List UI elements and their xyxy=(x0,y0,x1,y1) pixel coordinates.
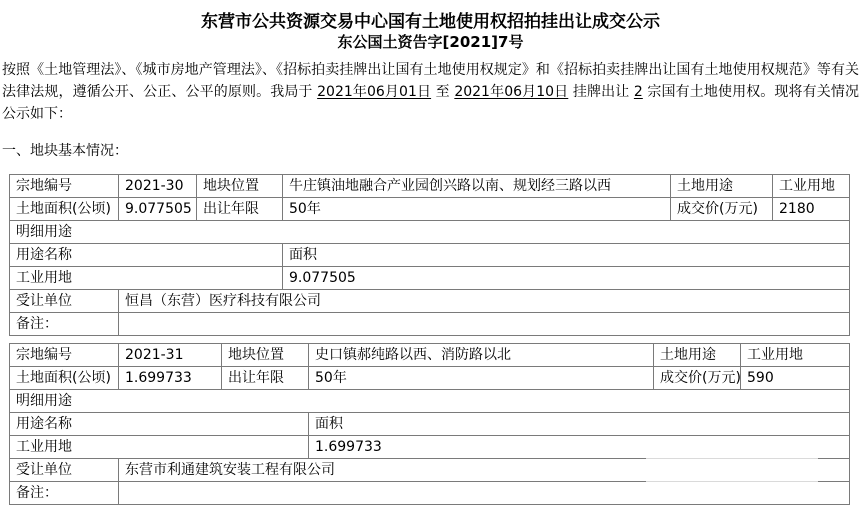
table-row: 受让单位 东营市利通建筑安装工程有限公司 xyxy=(10,459,850,482)
table-row: 备注： xyxy=(10,482,850,505)
remarks-label: 备注： xyxy=(10,482,119,505)
intro-text-2: 至 xyxy=(431,84,454,100)
price-value: 2180 xyxy=(773,198,850,221)
table-row: 用途名称 面积 xyxy=(10,244,850,267)
land-use-label: 土地用途 xyxy=(671,175,773,198)
table-row: 工业用地 9.077505 xyxy=(10,267,850,290)
location-value: 史口镇郝纯路以西、消防路以北 xyxy=(309,344,654,367)
land-use-label: 土地用途 xyxy=(654,344,741,367)
parcel-count: 2 xyxy=(634,84,643,100)
grantee-value: 东营市利通建筑安装工程有限公司 xyxy=(119,459,850,482)
land-use-value: 工业用地 xyxy=(741,344,850,367)
area-label: 土地面积(公顷) xyxy=(10,367,119,390)
table-row: 宗地编号 2021-31 地块位置 史口镇郝纯路以西、消防路以北 土地用途 工业… xyxy=(10,344,850,367)
term-label: 出让年限 xyxy=(222,367,309,390)
use-name-value: 工业用地 xyxy=(10,436,309,459)
document-number: 东公国土资告字[2021]7号 xyxy=(2,33,859,52)
table-row: 土地面积(公顷) 1.699733 出让年限 50年 成交价(万元) 590 xyxy=(10,367,850,390)
table-row: 土地面积(公顷) 9.077505 出让年限 50年 成交价(万元) 2180 xyxy=(10,198,850,221)
area-value: 1.699733 xyxy=(119,367,222,390)
intro-paragraph: 按照《土地管理法》、《城市房地产管理法》、《招标拍卖挂牌出让国有土地使用权规定》… xyxy=(2,59,859,125)
price-value: 590 xyxy=(741,367,850,390)
listing-end-date: 2021年06月10日 xyxy=(454,84,568,100)
land-use-value: 工业用地 xyxy=(773,175,850,198)
grantee-value: 恒昌（东营）医疗科技有限公司 xyxy=(119,290,850,313)
listing-start-date: 2021年06月01日 xyxy=(317,84,431,100)
section-heading: 一、地块基本情况： xyxy=(2,140,859,162)
table-row: 明细用途 xyxy=(10,390,850,413)
use-name-value: 工业用地 xyxy=(10,267,283,290)
parcel-table-1: 宗地编号 2021-30 地块位置 牛庄镇油地融合产业园创兴路以南、规划经三路以… xyxy=(9,174,850,336)
term-value: 50年 xyxy=(283,198,671,221)
table-row: 用途名称 面积 xyxy=(10,413,850,436)
term-label: 出让年限 xyxy=(197,198,283,221)
grantee-label: 受让单位 xyxy=(10,290,119,313)
detail-use-label: 明细用途 xyxy=(10,221,850,244)
grantee-label: 受让单位 xyxy=(10,459,119,482)
table-row: 明细用途 xyxy=(10,221,850,244)
page-title: 东营市公共资源交易中心国有土地使用权招拍挂出让成交公示 xyxy=(2,12,859,32)
parcel-no-value: 2021-30 xyxy=(119,175,197,198)
table-row: 备注： xyxy=(10,313,850,336)
area-value: 9.077505 xyxy=(119,198,197,221)
parcel-no-label: 宗地编号 xyxy=(10,344,119,367)
location-value: 牛庄镇油地融合产业园创兴路以南、规划经三路以西 xyxy=(283,175,671,198)
use-area-label: 面积 xyxy=(309,413,850,436)
detail-use-label: 明细用途 xyxy=(10,390,850,413)
parcel-no-value: 2021-31 xyxy=(119,344,222,367)
use-area-label: 面积 xyxy=(283,244,850,267)
term-value: 50年 xyxy=(309,367,654,390)
area-label: 土地面积(公顷) xyxy=(10,198,119,221)
price-label: 成交价(万元) xyxy=(671,198,773,221)
location-label: 地块位置 xyxy=(222,344,309,367)
location-label: 地块位置 xyxy=(197,175,283,198)
parcel-table-2: 宗地编号 2021-31 地块位置 史口镇郝纯路以西、消防路以北 土地用途 工业… xyxy=(9,343,850,505)
remarks-label: 备注： xyxy=(10,313,119,336)
table-row: 宗地编号 2021-30 地块位置 牛庄镇油地融合产业园创兴路以南、规划经三路以… xyxy=(10,175,850,198)
table-row: 工业用地 1.699733 xyxy=(10,436,850,459)
parcel-no-label: 宗地编号 xyxy=(10,175,119,198)
remarks-value xyxy=(119,313,850,336)
remarks-value xyxy=(119,482,850,505)
use-area-value: 1.699733 xyxy=(309,436,850,459)
table-row: 受让单位 恒昌（东营）医疗科技有限公司 xyxy=(10,290,850,313)
use-area-value: 9.077505 xyxy=(283,267,850,290)
price-label: 成交价(万元) xyxy=(654,367,741,390)
use-name-label: 用途名称 xyxy=(10,413,309,436)
intro-text-3: 挂牌出让 xyxy=(568,84,634,100)
use-name-label: 用途名称 xyxy=(10,244,283,267)
